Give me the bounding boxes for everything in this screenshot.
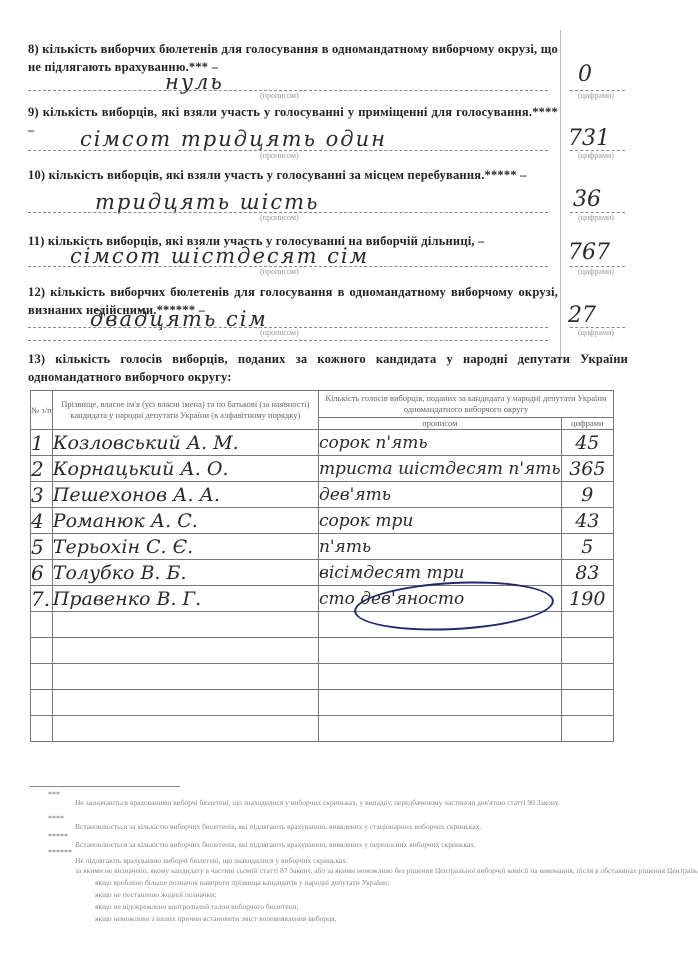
item-10-digits-caption: (цифрами)	[578, 213, 614, 222]
item-8-digits: 0	[578, 62, 592, 87]
header-number: № з/п	[31, 391, 53, 430]
candidate-number: 3	[31, 482, 53, 508]
item-9-digits-caption: (цифрами)	[578, 151, 614, 160]
table-row	[31, 716, 614, 742]
item-10-digits: 36	[573, 187, 601, 212]
candidate-name: Терьохін С. Є.	[52, 534, 318, 560]
footnote-rule	[30, 786, 180, 787]
candidate-name: Толубко В. Б.	[52, 560, 318, 586]
table-row	[31, 690, 614, 716]
votes-in-words: сорок три	[318, 508, 561, 534]
table-row: 1Козловський А. М.сорок п'ять45	[31, 430, 614, 456]
candidate-name: Пешехонов А. А.	[52, 482, 318, 508]
votes-in-words	[318, 664, 561, 690]
candidate-number	[31, 690, 53, 716]
votes-in-words	[318, 690, 561, 716]
item-9-words: сімсот тридцять один	[80, 127, 387, 151]
footnote-5-text: Встановлюється за кількістю виборчих бюл…	[75, 840, 476, 850]
item-8-digits-caption: (цифрами)	[578, 91, 614, 100]
candidate-number: 6	[31, 560, 53, 586]
candidate-name: Козловський А. М.	[52, 430, 318, 456]
item-10-words-caption: (прописом)	[260, 213, 299, 222]
candidate-number	[31, 638, 53, 664]
votes-in-words: вісімдесят три	[318, 560, 561, 586]
votes-in-words: триста шістдесят п'ять	[318, 456, 561, 482]
candidate-name	[52, 664, 318, 690]
table-row: 6Толубко В. Б.вісімдесят три83	[31, 560, 614, 586]
votes-in-digits: 45	[561, 430, 613, 456]
table-row: 2Корнацький А. О.триста шістдесят п'ять3…	[31, 456, 614, 482]
item-11-words-caption: (прописом)	[260, 267, 299, 276]
votes-in-digits	[561, 716, 613, 742]
section-divider	[28, 340, 548, 341]
candidates-table: № з/п Прізвище, власне ім'я (усі власні …	[30, 390, 614, 742]
ballot-protocol-page: 8) кількість виборчих бюлетенів для голо…	[0, 0, 698, 960]
votes-in-digits	[561, 690, 613, 716]
footnote-6-condition: якщо не поставлено жодної позначки;	[95, 890, 216, 900]
votes-in-digits: 43	[561, 508, 613, 534]
votes-in-digits: 9	[561, 482, 613, 508]
candidate-number: 2	[31, 456, 53, 482]
digits-column-separator	[560, 30, 561, 360]
item-11-digits: 767	[568, 240, 610, 265]
footnote-4-text: Встановлюється за кількістю виборчих бюл…	[75, 822, 481, 832]
candidate-number: 7.	[31, 586, 53, 612]
votes-in-words	[318, 716, 561, 742]
votes-in-words: п'ять	[318, 534, 561, 560]
footnote-6-condition: якщо неможливо з інших причин встановити…	[95, 914, 336, 924]
item-10-words: тридцять шість	[95, 190, 320, 214]
item-9-digits: 731	[568, 126, 610, 151]
item-10-label: 10) кількість виборців, які взяли участь…	[28, 166, 558, 184]
candidate-name	[52, 690, 318, 716]
footnote-6-condition: за якими не визначено, якому кандидату в…	[75, 866, 698, 876]
table-row: 3Пешехонов А. А.дев'ять9	[31, 482, 614, 508]
item-12-digits: 27	[568, 303, 596, 328]
candidate-number	[31, 612, 53, 638]
candidate-name: Корнацький А. О.	[52, 456, 318, 482]
candidate-name: Правенко В. Г.	[52, 586, 318, 612]
footnote-6-condition: якщо не відокремлено контрольний талон в…	[95, 902, 298, 912]
footnote-3-mark: ***	[48, 790, 60, 799]
candidate-name	[52, 716, 318, 742]
table-row	[31, 664, 614, 690]
footnote-6-text: Не підлягають врахуванню виборчі бюлетен…	[75, 856, 348, 866]
table-row	[31, 638, 614, 664]
votes-in-digits	[561, 612, 613, 638]
votes-in-words: дев'ять	[318, 482, 561, 508]
candidate-number	[31, 716, 53, 742]
votes-in-digits: 5	[561, 534, 613, 560]
header-votes-in-digits: цифрами	[561, 418, 613, 430]
candidate-name: Романюк А. С.	[52, 508, 318, 534]
votes-in-digits	[561, 664, 613, 690]
candidate-name	[52, 638, 318, 664]
table-row: 4Романюк А. С.сорок три43	[31, 508, 614, 534]
votes-in-words: сорок п'ять	[318, 430, 561, 456]
item-8-label: 8) кількість виборчих бюлетенів для голо…	[28, 40, 558, 76]
candidate-number: 1	[31, 430, 53, 456]
votes-in-digits: 365	[561, 456, 613, 482]
item-13-label: 13) кількість голосів виборців, поданих …	[28, 350, 628, 386]
item-11-digits-caption: (цифрами)	[578, 267, 614, 276]
table-row: 5Терьохін С. Є.п'ять5	[31, 534, 614, 560]
candidate-name	[52, 612, 318, 638]
header-candidate-name: Прізвище, власне ім'я (усі власні імена)…	[52, 391, 318, 430]
votes-in-digits: 190	[561, 586, 613, 612]
header-votes-in-words: прописом	[318, 418, 561, 430]
item-8-words-caption: (прописом)	[260, 91, 299, 100]
candidate-number: 5	[31, 534, 53, 560]
footnote-3-text: Не зазначаються врахованими виборчі бюле…	[75, 798, 560, 808]
footnote-6-mark: ******	[48, 848, 72, 857]
candidate-number: 4	[31, 508, 53, 534]
footnote-5-mark: *****	[48, 832, 68, 841]
item-11-words: сімсот шістдесят сім	[70, 244, 369, 268]
votes-in-digits	[561, 638, 613, 664]
item-12-digits-caption: (цифрами)	[578, 328, 614, 337]
item-9-words-caption: (прописом)	[260, 151, 299, 160]
votes-in-digits: 83	[561, 560, 613, 586]
candidate-number	[31, 664, 53, 690]
footnote-6-condition: якщо вроблено більше позначок навпроти п…	[95, 878, 389, 888]
votes-in-words	[318, 638, 561, 664]
item-12-words-caption: (прописом)	[260, 328, 299, 337]
header-votes: Кількість голосів виборців, поданих за к…	[318, 391, 613, 418]
footnote-4-mark: ****	[48, 814, 64, 823]
